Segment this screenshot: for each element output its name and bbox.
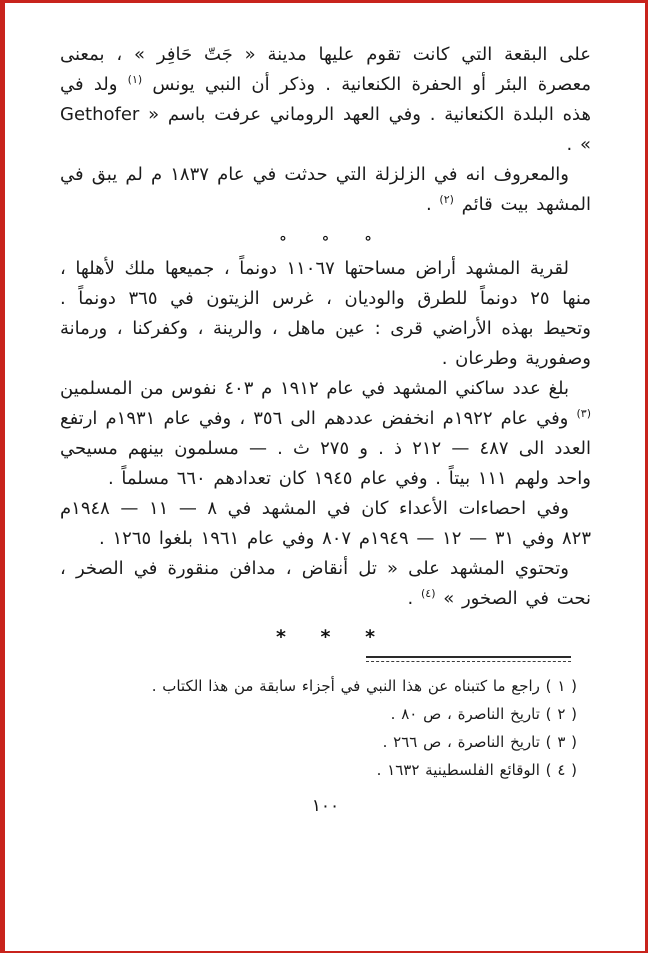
footnote-item-2: ( ٢ ) تاريخ الناصرة ، ص ٨٠ . bbox=[60, 700, 577, 728]
section-separator-dots: ∘ ∘ ∘ bbox=[60, 226, 591, 250]
section-separator-stars: * * * bbox=[60, 624, 591, 650]
body-paragraph-1: على البقعة التي كانت تقوم عليها مدينة « … bbox=[60, 40, 591, 160]
footnote-item-4: ( ٤ ) الوقائع الفلسطينية ١٦٣٢ . bbox=[60, 756, 577, 784]
footnote-divider-rule bbox=[366, 656, 571, 662]
footnote-item-1: ( ١ ) راجع ما كتبناه عن هذا النبي في أجز… bbox=[60, 672, 577, 700]
page-content: على البقعة التي كانت تقوم عليها مدينة « … bbox=[0, 0, 648, 816]
footnotes-block: ( ١ ) راجع ما كتبناه عن هذا النبي في أجز… bbox=[60, 672, 591, 784]
body-paragraph-6: وتحتوي المشهد على « تل أنقاض ، مدافن منق… bbox=[60, 554, 591, 614]
footnote-item-3: ( ٣ ) تاريخ الناصرة ، ص ٢٦٦ . bbox=[60, 728, 577, 756]
body-paragraph-2: والمعروف انه في الزلزلة التي حدثت في عام… bbox=[60, 160, 591, 220]
body-paragraph-3: لقرية المشهد أراض مساحتها ١١٠٦٧ دونماً ،… bbox=[60, 254, 591, 374]
body-paragraph-4: بلغ عدد ساكني المشهد في عام ١٩١٢ م ٤٠٣ ن… bbox=[60, 374, 591, 494]
page-number: ١٠٠ bbox=[60, 796, 591, 816]
body-paragraph-5: وفي احصاءات الأعداء كان في المشهد في ٨ —… bbox=[60, 494, 591, 554]
